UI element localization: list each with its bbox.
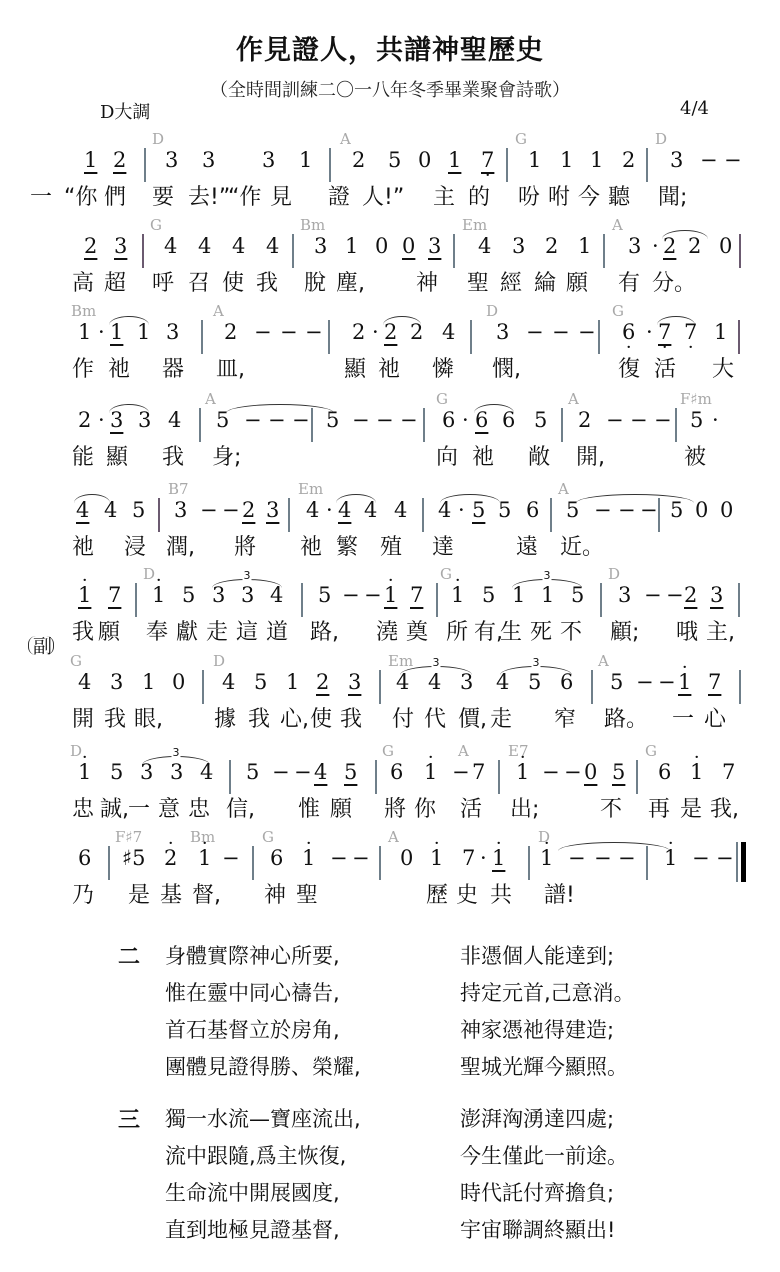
note: − xyxy=(606,408,624,432)
lyric-word: 付 xyxy=(392,702,414,733)
lyric-word: 走 xyxy=(206,615,228,646)
note: 5 xyxy=(182,583,195,607)
note: 1 xyxy=(78,583,91,607)
slur-arc xyxy=(226,404,334,413)
verse-line-right: 宇宙聯調終顯出! xyxy=(460,1214,615,1244)
note: 7 xyxy=(472,760,485,784)
triplet-number: 3 xyxy=(432,656,441,669)
note: − xyxy=(352,846,370,870)
note: 1 xyxy=(198,846,211,870)
lyric-word: 塵, xyxy=(336,266,365,297)
note: − xyxy=(272,760,290,784)
lyric-word: 譜! xyxy=(544,878,575,909)
chord-symbol: D xyxy=(213,652,225,670)
lyric-word: 不 xyxy=(600,792,622,823)
note: 3 xyxy=(174,498,187,522)
note: − xyxy=(222,846,240,870)
note: 5 xyxy=(482,583,495,607)
lyric-word: 我 xyxy=(72,615,94,646)
note: 4 xyxy=(266,234,279,258)
note: · xyxy=(98,320,105,344)
note: 1 xyxy=(451,583,464,607)
score-row: F♯7BmGAD6♯521−61−−017·11−−−1−−乃是基督,神聖歷史共… xyxy=(0,828,780,918)
note: 1 xyxy=(424,760,437,784)
verse-number: 三 xyxy=(118,1103,140,1134)
note: 7 xyxy=(462,846,475,870)
lyric-word: 史 xyxy=(456,878,478,909)
note: 1 xyxy=(690,760,703,784)
chord-symbol: G xyxy=(612,302,624,320)
note: 1 xyxy=(714,320,727,344)
bar-line xyxy=(591,670,593,704)
note: 5 xyxy=(318,583,331,607)
lyric-word: 心 xyxy=(704,702,726,733)
lyric-word: “作 xyxy=(228,180,261,211)
lyric-word: 咐 xyxy=(548,180,570,211)
note: 1 xyxy=(448,148,461,172)
note: − xyxy=(400,408,418,432)
note: − xyxy=(700,148,718,172)
bar-line xyxy=(288,498,290,532)
note: 3 xyxy=(262,148,275,172)
lyric-word: 眼, xyxy=(134,702,163,733)
triplet-bracket: 3 xyxy=(400,666,472,675)
chord-symbol: Bm xyxy=(71,302,96,320)
lyric-word: 聖 xyxy=(467,266,489,297)
note: 4 xyxy=(222,670,235,694)
chord-symbol: Bm xyxy=(300,216,325,234)
lyric-word: 誠, xyxy=(100,792,129,823)
lyric-word: 神 xyxy=(264,878,286,909)
lyric-word: 出; xyxy=(510,792,539,823)
note: 4 xyxy=(168,408,181,432)
chord-symbol: A xyxy=(340,130,351,148)
note: 2 xyxy=(113,148,126,172)
note: 3 xyxy=(348,670,361,694)
verse-line-right: 時代託付齊擔負; xyxy=(460,1177,614,1207)
lyric-word: 走 xyxy=(490,702,512,733)
lyric-word: 是 xyxy=(128,878,150,909)
lyric-word: 死 xyxy=(530,615,552,646)
lyric-word: 浸 xyxy=(124,530,146,561)
note: 0 xyxy=(719,234,732,258)
note: · xyxy=(652,234,659,258)
note: 7 xyxy=(481,148,494,172)
note: 3 xyxy=(166,320,179,344)
lyric-word: 所 xyxy=(446,615,468,646)
lyric-word: 被 xyxy=(684,440,706,471)
note: 2 xyxy=(545,234,558,258)
lyric-word: 祂 xyxy=(378,352,400,383)
lyric-word: 能 xyxy=(72,440,94,471)
note: 5 xyxy=(132,498,145,522)
note: 2 xyxy=(352,148,365,172)
lyric-word: 督, xyxy=(192,878,221,909)
note: 3 xyxy=(428,234,441,258)
note: ♯5 xyxy=(122,846,146,870)
bar-line xyxy=(453,234,455,268)
lyric-word: 有 xyxy=(618,266,640,297)
bar-line xyxy=(108,846,110,880)
note: 1 xyxy=(578,234,591,258)
lyric-word: 證 xyxy=(328,180,350,211)
note: − xyxy=(305,320,323,344)
chord-symbol: B7 xyxy=(168,480,189,498)
verse-line-left: 身體實際神心所要, xyxy=(165,940,340,970)
bar-line xyxy=(144,148,146,182)
lyric-word: 遠 xyxy=(516,530,538,561)
bar-line xyxy=(252,846,254,880)
lyric-word: 我 xyxy=(104,702,126,733)
verse-line-left: 獨一水流—寶座流出, xyxy=(165,1103,361,1133)
note: − xyxy=(330,846,348,870)
triplet-bracket: 3 xyxy=(142,756,210,765)
lyric-word: 祂 xyxy=(72,530,94,561)
lyric-word: 代 xyxy=(424,702,446,733)
note: 2 xyxy=(578,408,591,432)
note: 5 xyxy=(246,760,259,784)
bar-line xyxy=(329,148,331,182)
lyric-word: 們 xyxy=(104,180,126,211)
time-signature: 4/4 xyxy=(680,98,709,119)
note: 2 xyxy=(352,320,365,344)
lyric-word: 忠 xyxy=(188,792,210,823)
note: 4 xyxy=(478,234,491,258)
lyric-word: 作 xyxy=(72,352,94,383)
chord-symbol: G xyxy=(382,742,394,760)
lyric-word: 祂 xyxy=(472,440,494,471)
triplet-number: 3 xyxy=(243,569,252,582)
chord-symbol: G xyxy=(645,742,657,760)
lyric-word: 神 xyxy=(416,266,438,297)
note: 7 xyxy=(108,583,121,607)
lyric-word: 據 xyxy=(214,702,236,733)
lyric-word: 生 xyxy=(500,615,522,646)
note: − xyxy=(254,320,272,344)
note: 7 xyxy=(410,583,423,607)
lyric-word: 聽 xyxy=(608,180,630,211)
lyric-word: 乃 xyxy=(72,878,94,909)
bar-line xyxy=(739,234,741,268)
note: 4 xyxy=(198,234,211,258)
note: 2 xyxy=(622,148,635,172)
lyric-word: 信, xyxy=(226,792,255,823)
bar-line xyxy=(498,760,500,794)
final-barline-thick xyxy=(741,842,746,882)
note: 0 xyxy=(720,498,733,522)
note: − xyxy=(666,583,684,607)
note: 6 xyxy=(622,320,635,344)
slur-arc xyxy=(576,494,694,503)
lyric-word: 顯 xyxy=(106,440,128,471)
verse-line-left: 首石基督立於房角, xyxy=(165,1014,340,1044)
final-barline-thin xyxy=(736,842,738,882)
note: 5 xyxy=(110,760,123,784)
lyric-word: 祂 xyxy=(300,530,322,561)
lyric-word: 不 xyxy=(560,615,582,646)
lyric-word: 共 xyxy=(490,878,512,909)
verse-line-right: 今生僅此一前途。 xyxy=(460,1140,628,1170)
lyric-word: “你 xyxy=(64,180,97,211)
lyric-word: 歷 xyxy=(426,878,448,909)
lyric-word: 心, xyxy=(280,702,309,733)
lyric-word: 顧; xyxy=(610,615,639,646)
lyric-word: 達 xyxy=(432,530,454,561)
lyric-word: 我 xyxy=(162,440,184,471)
lyric-word: 見 xyxy=(270,180,292,211)
bar-line xyxy=(375,760,377,794)
note: 0 xyxy=(400,846,413,870)
bar-line xyxy=(550,498,552,532)
note: 7 xyxy=(708,670,721,694)
verse-line-left: 生命流中開展國度, xyxy=(165,1177,340,1207)
lyric-word: 活 xyxy=(654,352,676,383)
lyric-word: 是 xyxy=(680,792,702,823)
note: 0 xyxy=(172,670,185,694)
note: − xyxy=(692,846,710,870)
chord-symbol: A xyxy=(558,480,569,498)
chord-symbol: G xyxy=(262,828,274,846)
note: · xyxy=(462,408,469,432)
note: − xyxy=(352,408,370,432)
bar-line xyxy=(675,408,677,442)
score-row: B7EmA4453−−234·4444·5565−−−500祂浸潤,將祂繁殖達遠… xyxy=(0,480,780,570)
note: − xyxy=(294,760,312,784)
bar-line xyxy=(202,670,204,704)
note: − xyxy=(552,320,570,344)
chord-symbol: A xyxy=(388,828,399,846)
note: 3 xyxy=(628,234,641,258)
note: 0 xyxy=(584,760,597,784)
verse-line-right: 聖城光輝今顯照。 xyxy=(460,1051,628,1081)
lyric-word: 聖 xyxy=(296,878,318,909)
lyric-word: 主 xyxy=(433,180,455,211)
lyric-word: 開 xyxy=(72,702,94,733)
lyric-word: 高 xyxy=(72,266,94,297)
chord-symbol: F♯m xyxy=(680,390,712,408)
note: − xyxy=(452,760,470,784)
lyric-word: 敞 xyxy=(528,440,550,471)
note: − xyxy=(280,320,298,344)
bar-line xyxy=(423,408,425,442)
chord-symbol: G xyxy=(70,652,82,670)
note: 2 xyxy=(316,670,329,694)
chord-symbol: D xyxy=(655,130,667,148)
lyric-word: 惟 xyxy=(298,792,320,823)
bar-line xyxy=(600,583,602,617)
note: 1 xyxy=(528,148,541,172)
note: − xyxy=(222,498,240,522)
lyric-word: 主, xyxy=(706,615,735,646)
note: 0 xyxy=(402,234,415,258)
verse-line-left: 流中跟隨,爲主恢復, xyxy=(165,1140,346,1170)
score-row: GDEmA4310451234434565−−1733開我眼,據我心,使我付代價… xyxy=(0,652,780,742)
note: 4 xyxy=(232,234,245,258)
lyric-word: 要 xyxy=(152,180,174,211)
bar-line xyxy=(528,846,530,880)
lyric-word: 顯 xyxy=(344,352,366,383)
note: 2 xyxy=(224,320,237,344)
note: − xyxy=(636,670,654,694)
slur-arc xyxy=(109,316,149,325)
note: 1 xyxy=(492,846,505,870)
chord-symbol: D xyxy=(70,742,82,760)
note: 5 xyxy=(612,760,625,784)
note: 1 xyxy=(540,846,553,870)
note: − xyxy=(342,583,360,607)
chord-symbol: G xyxy=(515,130,527,148)
note: 1 xyxy=(590,148,603,172)
lyric-word: 大 xyxy=(712,352,734,383)
bar-line xyxy=(201,320,203,354)
lyric-word: 哦 xyxy=(676,615,698,646)
note: 1 xyxy=(286,670,299,694)
note: 6 xyxy=(526,498,539,522)
bar-line xyxy=(739,670,741,704)
lyric-word: 你 xyxy=(414,792,436,823)
note: 4 xyxy=(442,320,455,344)
note: 4 xyxy=(78,670,91,694)
score-row: BmADG1·1132−−−2·2243−−−6·771作祂器皿,顯祂憐憫,復活… xyxy=(0,302,780,392)
lyric-word: 奉 xyxy=(146,615,168,646)
note: 1 xyxy=(152,583,165,607)
lyric-word: 聞; xyxy=(658,180,687,211)
note: · xyxy=(326,498,333,522)
note: 2 xyxy=(84,234,97,258)
chord-symbol: F♯7 xyxy=(115,828,142,846)
note: 6 xyxy=(390,760,403,784)
verse-line-left: 惟在靈中同心禱告, xyxy=(165,977,340,1007)
chord-symbol: D xyxy=(152,130,164,148)
note: 3 xyxy=(114,234,127,258)
note: − xyxy=(716,846,734,870)
lyric-word: 一 xyxy=(672,702,694,733)
lyric-word: 使 xyxy=(310,702,332,733)
note: − xyxy=(658,670,676,694)
note: 1 xyxy=(142,670,155,694)
slur-arc xyxy=(383,316,421,325)
bar-line xyxy=(379,846,381,880)
verse-line-right: 持定元首,己意消。 xyxy=(460,977,635,1007)
lyric-word: 願 xyxy=(98,615,120,646)
lyric-word: 價, xyxy=(458,702,487,733)
lyric-word: 再 xyxy=(648,792,670,823)
lyric-word: 祂 xyxy=(108,352,130,383)
score-row: DAGD1233312501711123−−一“你們要去!”“作見證人!”主的吩… xyxy=(0,130,780,220)
triplet-bracket: 3 xyxy=(512,579,582,588)
note: − xyxy=(724,148,742,172)
note: 3 xyxy=(110,670,123,694)
note: 2 xyxy=(164,846,177,870)
note: 5 xyxy=(344,760,357,784)
bar-line xyxy=(636,760,638,794)
bar-line xyxy=(561,408,563,442)
key-signature: D大調 xyxy=(100,98,150,124)
note: 5 xyxy=(388,148,401,172)
note: 1 xyxy=(78,760,91,784)
lyric-word: 一 xyxy=(30,180,52,211)
bar-line xyxy=(646,148,648,182)
lyric-word: 道 xyxy=(266,615,288,646)
note: − xyxy=(542,760,560,784)
chord-symbol: A xyxy=(205,390,216,408)
lyric-word: 繁 xyxy=(336,530,358,561)
lyric-word: 脫 xyxy=(304,266,326,297)
note: 3 xyxy=(670,148,683,172)
score-row: GBmEmA2344443100343213·220高超呼召使我脫塵,神聖經綸願… xyxy=(0,216,780,306)
bar-line xyxy=(598,320,600,354)
slur-arc xyxy=(440,494,500,503)
lyric-word: 向 xyxy=(436,440,458,471)
lyric-word: 願 xyxy=(330,792,352,823)
chord-symbol: A xyxy=(612,216,623,234)
lyric-word: 憫, xyxy=(492,352,521,383)
note: · xyxy=(646,320,653,344)
note: 0 xyxy=(375,234,388,258)
lyric-word: 器 xyxy=(162,352,184,383)
note: − xyxy=(376,408,394,432)
verse-number: 二 xyxy=(118,940,140,971)
triplet-number: 3 xyxy=(532,656,541,669)
lyric-word: 我 xyxy=(340,702,362,733)
note: 1 xyxy=(516,760,529,784)
note: 5 xyxy=(690,408,703,432)
note: − xyxy=(364,583,382,607)
slur-arc xyxy=(74,494,110,503)
note: · xyxy=(480,846,487,870)
chord-symbol: A xyxy=(213,302,224,320)
note: 3 xyxy=(314,234,327,258)
bar-line xyxy=(646,846,648,880)
note: 6 xyxy=(442,408,455,432)
triplet-bracket: 3 xyxy=(500,666,572,675)
note: · xyxy=(712,408,719,432)
note: 3 xyxy=(512,234,525,258)
note: · xyxy=(98,408,105,432)
song-title: 作見證人，共譜神聖歷史 xyxy=(0,28,780,67)
lyric-word: 獻 xyxy=(176,615,198,646)
note: 0 xyxy=(695,498,708,522)
lyric-word: 忠 xyxy=(72,792,94,823)
triplet-number: 3 xyxy=(172,746,181,759)
lyric-word: 身; xyxy=(212,440,241,471)
note: 5 xyxy=(254,670,267,694)
note: − xyxy=(644,583,662,607)
lyric-word: 的 xyxy=(468,180,490,211)
note: 4 xyxy=(164,234,177,258)
chord-symbol: Em xyxy=(462,216,487,234)
lyric-word: 經 xyxy=(500,266,522,297)
lyric-word: 澆 xyxy=(376,615,398,646)
score-row: AGAF♯m2·3345−−−5−−−6·6652−−−5·能顯我身;向祂敞開,… xyxy=(0,390,780,480)
bar-line xyxy=(422,498,424,532)
slur-arc xyxy=(662,230,708,239)
lyric-word: 願 xyxy=(566,266,588,297)
note: − xyxy=(630,408,648,432)
note: 2 xyxy=(684,583,697,607)
lyric-word: 憐 xyxy=(432,352,454,383)
chord-symbol: Em xyxy=(388,652,413,670)
note: − xyxy=(654,408,672,432)
score-row: DGAE7G153345−−4561−71−−056173忠誠,一意忠信,惟願將… xyxy=(0,742,780,832)
bar-line xyxy=(658,498,660,532)
lyric-word: 我, xyxy=(710,792,739,823)
note: 7 xyxy=(722,760,735,784)
note: 1 xyxy=(345,234,358,258)
bar-line xyxy=(738,320,740,354)
note: 0 xyxy=(418,148,431,172)
lyric-word: 我 xyxy=(256,266,278,297)
